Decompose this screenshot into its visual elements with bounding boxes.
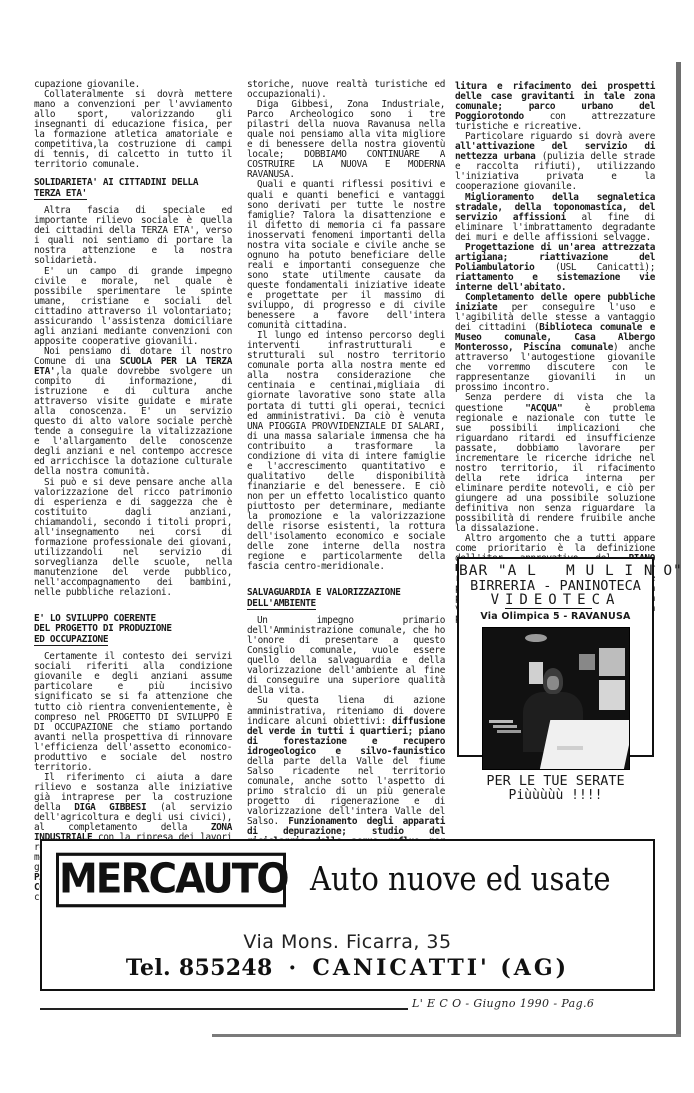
paragraph: Quali e quanti riflessi positivi e quali… [247, 180, 445, 331]
paragraph: Collateralmente si dovrà mettere mano a … [34, 90, 232, 170]
paragraph: Il lungo ed intenso percorso degli inter… [247, 331, 445, 572]
mercauto-ad: MERCAUTO Auto nuove ed usate Via Mons. F… [40, 839, 655, 991]
bar-interior-photo [482, 627, 630, 770]
mercauto-phone-city: Tel. 855248 · CANICATTI' (AG) [42, 954, 653, 982]
paragraph: Progettazione di un'area attrezzata arti… [455, 243, 655, 293]
bar-ad-tagline-2: Piùùùùù !!!! [459, 789, 652, 803]
paragraph: storiche, nuove realtà turistiche ed occ… [247, 80, 445, 100]
shelf-shape [579, 654, 595, 670]
footer-page-info: L' E C O - Giugno 1990 - Pag.6 [412, 997, 594, 1010]
page-edge-shadow [676, 62, 681, 1037]
bar-counter-shape [539, 720, 629, 770]
bar-ad-address: Via Olimpica 5 - RAVANUSA [459, 611, 652, 622]
lamp-shape [525, 634, 547, 642]
paragraph: Senza perdere di vista che la questione … [455, 393, 655, 534]
section-heading-sviluppo: E' LO SVILUPPO COERENTE DEL PROGETTO DI … [34, 614, 232, 645]
stool-shape [557, 746, 583, 750]
paragraph: Completamento delle opere pubbliche iniz… [455, 293, 655, 393]
paragraph: Miglioramento della segnaletica stradale… [455, 193, 655, 243]
shelf-shape [599, 648, 625, 676]
bar-ad-tagline: PER LE TUE SERATE [459, 774, 652, 789]
paragraph: E' un campo di grande impegno civile e m… [34, 267, 232, 347]
mercauto-address: Via Mons. Ficarra, 35 [42, 931, 653, 953]
mercauto-logo: MERCAUTO [56, 853, 286, 908]
bar-ad-subtitle: BIRRERIA - PANINOTECA [459, 579, 652, 593]
wall-picture-shape [529, 662, 543, 684]
mercauto-city: CANICATTI' (AG) [312, 955, 569, 981]
bar-ad-name: BAR "A L M U L I N O" [459, 564, 652, 579]
paragraph: Particolare riguardo si dovrà avere all'… [455, 132, 655, 192]
bar-ad-videoteca: VIDEOTECA [459, 593, 652, 608]
footer-rule [40, 1008, 408, 1010]
separator-dot: · [289, 955, 297, 981]
paragraph: Diga Gibbesi, Zona Industriale, Parco Ar… [247, 100, 445, 180]
mercauto-phone: Tel. 855248 [126, 955, 273, 981]
paragraph: Certamente il contesto dei servizi socia… [34, 652, 232, 773]
stairs-shape [489, 720, 513, 723]
paragraph: Un impegno primario dell'Amministrazione… [247, 616, 445, 696]
paragraph: Altra fascia di speciale ed importante r… [34, 206, 232, 266]
paragraph: litura e rifacimento dei prospetti delle… [455, 82, 655, 132]
article-column-3: litura e rifacimento dei prospetti delle… [455, 82, 655, 625]
article-column-1: cupazione giovanile. Collateralmente si … [34, 80, 232, 903]
article-column-2: storiche, nuove realtà turistiche ed occ… [247, 80, 445, 907]
paragraph: Si può e si deve pensare anche alla valo… [34, 478, 232, 599]
section-heading-solidarieta: SOLIDARIETA' AI CITTADINI DELLA TERZA ET… [34, 178, 232, 199]
mercauto-slogan: Auto nuove ed usate [310, 857, 611, 901]
section-heading-ambiente: SALVAGUARDIA E VALORIZZAZIONE DELL'AMBIE… [247, 588, 445, 609]
person-face [547, 676, 559, 690]
shelf-shape [599, 680, 625, 710]
bar-al-mulino-ad: BAR "A L M U L I N O" BIRRERIA - PANINOT… [457, 557, 654, 757]
page-edge-shadow-bottom [212, 1034, 681, 1037]
paragraph: Noi pensiamo di dotare il nostro Comune … [34, 347, 232, 478]
